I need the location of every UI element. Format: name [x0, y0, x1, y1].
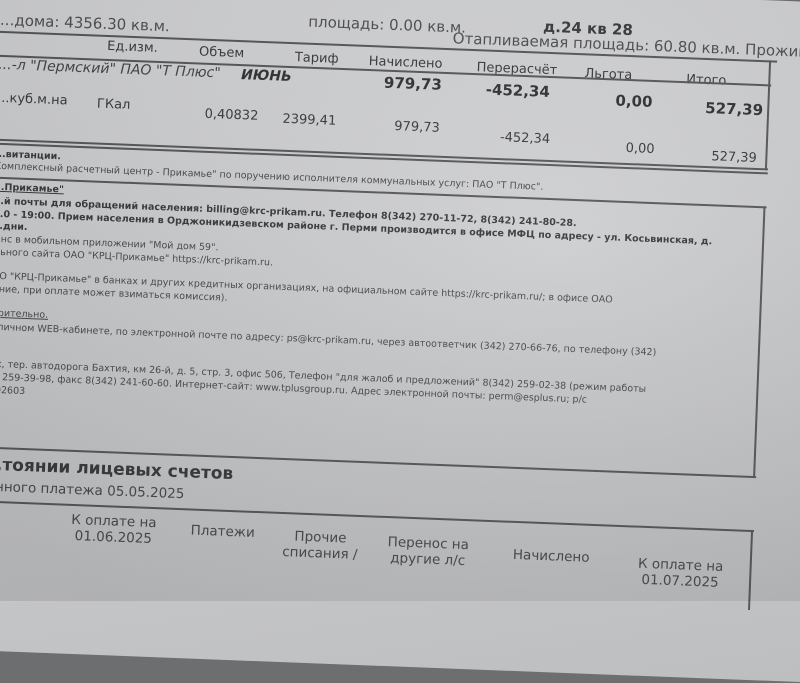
web-line: ...личном WEB-кабинете, по электронной п… — [0, 322, 656, 359]
provider-name: ...-л "Пермский" ПАО "Т Плюс" — [0, 57, 221, 82]
provider-charged: 979,73 — [384, 74, 443, 94]
last-payment: ...нного платежа 05.05.2025 — [0, 478, 185, 502]
provider-month: ИЮНЬ — [241, 67, 292, 85]
col-benefit: Льгота — [584, 66, 632, 83]
col-payments: Платежи — [190, 523, 255, 541]
col-other-writeoffs: Прочие списания / — [280, 528, 361, 563]
krc-title: ...Прикамье" — [0, 182, 64, 196]
row-unit: ГКал — [97, 97, 131, 113]
col-tariff: Тариф — [295, 50, 339, 67]
row-charged: 979,73 — [394, 119, 440, 136]
col-charged-total: Начислено — [513, 547, 590, 566]
provider-total: 527,39 — [705, 99, 764, 119]
table-row: ...куб.м.на ГКал 0,40832 2399,41 979,73 … — [0, 0, 800, 3]
account-line: ...02603 — [0, 385, 25, 397]
row-benefit: 0,00 — [625, 141, 655, 157]
col-to-pay-june: К оплате на 01.06.2025 — [63, 512, 164, 548]
row-service: ...куб.м.на — [0, 91, 68, 109]
row-total: 527,39 — [711, 149, 757, 166]
accounts-table-right — [748, 530, 753, 601]
col-unit: Ед.изм. — [107, 39, 158, 56]
provider-recalc: -452,34 — [485, 81, 550, 101]
provider-benefit: 0,00 — [615, 91, 653, 110]
row-recalc: -452,34 — [500, 130, 551, 147]
receipt-paper: д.24 кв 28 площадь: 0.00 кв.м. Отапливае… — [0, 0, 800, 601]
row-volume: 0,40832 — [204, 107, 258, 124]
nonresidential-area: площадь: 0.00 кв.м. — [308, 13, 466, 37]
days-line: ...дни. — [0, 221, 28, 233]
receipt-heading: ...витанции. — [0, 149, 61, 163]
table-right-border — [765, 60, 771, 170]
info-box-right — [753, 206, 765, 476]
extra-heading: ...рительно. — [0, 308, 48, 321]
row-tariff: 2399,41 — [282, 112, 336, 129]
col-volume: Объем — [199, 44, 245, 61]
col-transfer: Перенос на другие л/с — [377, 534, 478, 570]
col-to-pay-july: К оплате на 01.07.2025 — [625, 555, 736, 591]
